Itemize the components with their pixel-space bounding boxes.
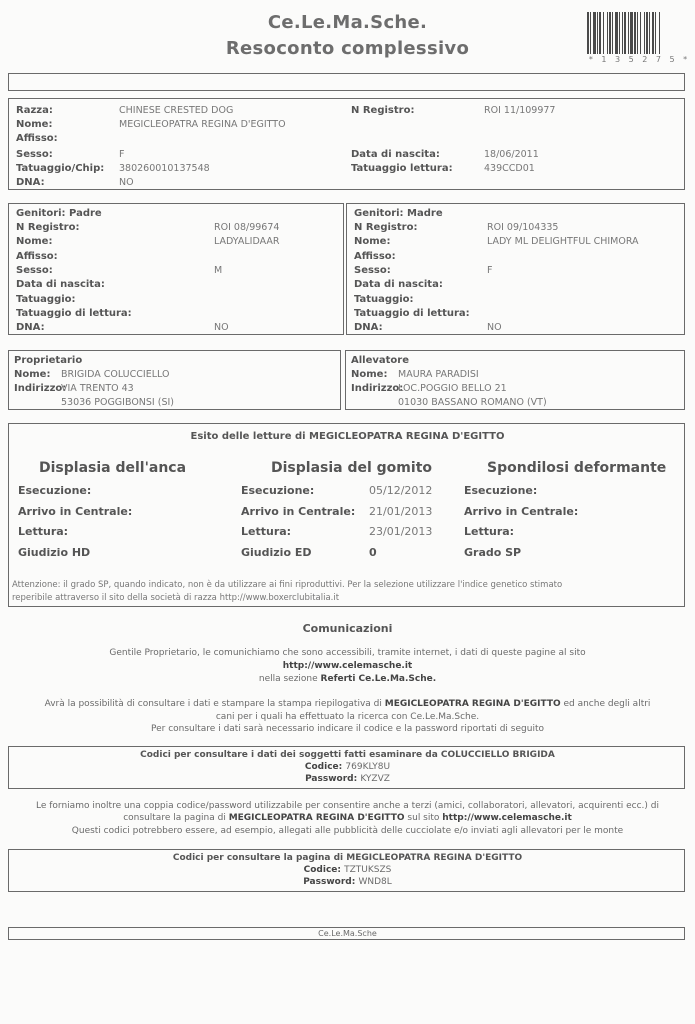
- padre-title: Genitori: Padre: [16, 208, 102, 219]
- lettura-label: Tatuaggio lettura:: [351, 163, 453, 174]
- registro-label: N Registro:: [351, 105, 414, 116]
- registro-value: ROI 11/109977: [484, 105, 555, 116]
- empty-header-box: [8, 73, 685, 91]
- madre-field-label: Affisso:: [354, 251, 396, 262]
- esito-row-label: Esecuzione:: [18, 484, 91, 497]
- codes-dog-box: Codici per consultare la pagina di MEGIC…: [8, 849, 685, 892]
- codes-owner-box: Codici per consultare i dati dei soggett…: [8, 746, 685, 789]
- proprietario-nome-label: Nome:: [14, 369, 50, 380]
- codes-owner-title: Codici per consultare i dati dei soggett…: [9, 750, 686, 760]
- madre-field-value: ROI 09/104335: [487, 222, 558, 233]
- madre-box: Genitori: Madre N Registro:ROI 09/104335…: [346, 203, 685, 335]
- password2-label: Password:: [303, 877, 358, 887]
- comunicazioni-title: Comunicazioni: [0, 622, 695, 635]
- madre-field-label: Sesso:: [354, 265, 391, 276]
- p3-dog-name: MEGICLEOPATRA REGINA D'EGITTO: [229, 813, 405, 823]
- esito-row-value: 05/12/2012: [369, 484, 432, 497]
- esito-box: Esito delle letture di MEGICLEOPATRA REG…: [8, 423, 685, 607]
- password-value: KYZVZ: [360, 774, 390, 784]
- madre-field-label: Nome:: [354, 236, 390, 247]
- nome-value: MEGICLEOPATRA REGINA D'EGITTO: [119, 119, 286, 130]
- esito-heading: Displasia del gomito: [271, 460, 432, 476]
- padre-field-label: DNA:: [16, 322, 45, 333]
- allevatore-title: Allevatore: [351, 355, 409, 366]
- esito-row-label: Giudizio HD: [18, 546, 90, 559]
- madre-field-label: N Registro:: [354, 222, 417, 233]
- p2-pre: Avrà la possibilità di consultare i dati…: [45, 699, 385, 709]
- nascita-label: Data di nascita:: [351, 149, 440, 160]
- madre-field-value: LADY ML DELIGHTFUL CHIMORA: [487, 236, 639, 247]
- madre-field-label: DNA:: [354, 322, 383, 333]
- padre-field-label: Affisso:: [16, 251, 58, 262]
- section-pre: nella sezione: [259, 674, 321, 684]
- madre-field-label: Data di nascita:: [354, 279, 443, 290]
- codes-dog-title-name: MEGICLEOPATRA REGINA D'EGITTO: [346, 853, 522, 863]
- allevatore-box: Allevatore Nome: MAURA PARADISI Indirizz…: [345, 350, 685, 410]
- esito-row-label: Giudizio ED: [241, 546, 311, 559]
- padre-box: Genitori: Padre N Registro:ROI 08/99674N…: [8, 203, 344, 335]
- barcode-icon: [587, 12, 692, 54]
- esito-heading: Spondilosi deformante: [487, 460, 666, 476]
- esito-row-label: Lettura:: [241, 525, 291, 538]
- padre-field-label: Nome:: [16, 236, 52, 247]
- madre-field-value: F: [487, 265, 492, 276]
- esito-row-value: 23/01/2013: [369, 525, 432, 538]
- proprietario-indirizzo-label: Indirizzo:: [14, 383, 66, 394]
- esito-row-label: Esecuzione:: [241, 484, 314, 497]
- allevatore-indirizzo-label: Indirizzo:: [351, 383, 403, 394]
- footer-text: Ce.Le.Ma.Sche: [9, 929, 686, 938]
- padre-field-label: Data di nascita:: [16, 279, 105, 290]
- esito-row-label: Lettura:: [18, 525, 68, 538]
- esito-row-value: 0: [369, 546, 377, 559]
- p2-line3: Per consultare i dati sarà necessario in…: [0, 724, 695, 734]
- sesso-value: F: [119, 149, 124, 160]
- padre-field-label: N Registro:: [16, 222, 79, 233]
- affisso-label: Affisso:: [16, 133, 58, 144]
- barcode-number: * 1 3 5 2 7 5 *: [587, 55, 692, 64]
- codice2-value: TZTUKSZS: [344, 865, 391, 875]
- proprietario-indirizzo2: 53036 POGGIBONSI (SI): [61, 397, 174, 408]
- esito-heading: Displasia dell'anca: [39, 460, 186, 476]
- codice2-label: Codice:: [304, 865, 345, 875]
- madre-field-label: Tatuaggio di lettura:: [354, 308, 470, 319]
- esito-row-label: Arrivo in Centrale:: [464, 505, 578, 518]
- madre-field-value: NO: [487, 322, 502, 333]
- codes-dog-title-pre: Codici per consultare la pagina di: [173, 853, 346, 863]
- p2-line2: cani per i quali ha effettuato la ricerc…: [0, 712, 695, 722]
- codice-value: 769KLY8U: [345, 762, 390, 772]
- section-name: Referti Ce.Le.Ma.Sche.: [321, 674, 437, 684]
- nome-label: Nome:: [16, 119, 52, 130]
- razza-value: CHINESE CRESTED DOG: [119, 105, 233, 116]
- allevatore-nome-label: Nome:: [351, 369, 387, 380]
- p3-mid: sul sito: [405, 813, 443, 823]
- esito-row-label: Arrivo in Centrale:: [18, 505, 132, 518]
- proprietario-title: Proprietario: [14, 355, 82, 366]
- madre-field-label: Tatuaggio:: [354, 294, 414, 305]
- allevatore-nome: MAURA PARADISI: [398, 369, 479, 380]
- proprietario-indirizzo1: VIA TRENTO 43: [61, 383, 134, 394]
- esito-note-1: Attenzione: il grado SP, quando indicato…: [12, 580, 562, 590]
- padre-field-value: ROI 08/99674: [214, 222, 279, 233]
- padre-field-label: Tatuaggio di lettura:: [16, 308, 132, 319]
- padre-field-label: Sesso:: [16, 265, 53, 276]
- codice-label: Codice:: [305, 762, 346, 772]
- proprietario-nome: BRIGIDA COLUCCIELLO: [61, 369, 169, 380]
- footer-box: Ce.Le.Ma.Sche: [8, 927, 685, 940]
- p3-pre: consultare la pagina di: [123, 813, 228, 823]
- p2-post: ed anche degli altri: [561, 699, 651, 709]
- allevatore-indirizzo1: LOC.POGGIO BELLO 21: [398, 383, 507, 394]
- allevatore-indirizzo2: 01030 BASSANO ROMANO (VT): [398, 397, 547, 408]
- proprietario-box: Proprietario Nome: BRIGIDA COLUCCIELLO I…: [8, 350, 341, 410]
- tatuaggio-value: 380260010137548: [119, 163, 210, 174]
- padre-field-value: M: [214, 265, 222, 276]
- password-label: Password:: [305, 774, 360, 784]
- p3-url[interactable]: http://www.celemasche.it: [442, 813, 572, 823]
- esito-row-label: Esecuzione:: [464, 484, 537, 497]
- p3-line3: Questi codici potrebbero essere, ad esem…: [0, 826, 695, 836]
- esito-row-label: Lettura:: [464, 525, 514, 538]
- dog-info-box: Razza: CHINESE CRESTED DOG Nome: MEGICLE…: [8, 98, 685, 190]
- esito-note-2: reperibile attraverso il sito della soci…: [12, 593, 339, 603]
- padre-field-value: LADYALIDAAR: [214, 236, 279, 247]
- celemasche-link[interactable]: http://www.celemasche.it: [283, 661, 413, 671]
- madre-title: Genitori: Madre: [354, 208, 443, 219]
- padre-field-label: Tatuaggio:: [16, 294, 76, 305]
- tatuaggio-label: Tatuaggio/Chip:: [16, 163, 104, 174]
- esito-row-label: Arrivo in Centrale:: [241, 505, 355, 518]
- lettura-value: 439CCD01: [484, 163, 535, 174]
- esito-title: Esito delle letture di MEGICLEOPATRA REG…: [9, 431, 686, 442]
- password2-value: WND8L: [358, 877, 391, 887]
- p2-dog-name: MEGICLEOPATRA REGINA D'EGITTO: [385, 699, 561, 709]
- dna-value: NO: [119, 177, 134, 188]
- esito-row-value: 21/01/2013: [369, 505, 432, 518]
- nascita-value: 18/06/2011: [484, 149, 539, 160]
- comunicazioni-p1: Gentile Proprietario, le comunichiamo ch…: [0, 648, 695, 658]
- p3-line1: Le forniamo inoltre una coppia codice/pa…: [0, 801, 695, 811]
- padre-field-value: NO: [214, 322, 229, 333]
- dna-label: DNA:: [16, 177, 45, 188]
- sesso-label: Sesso:: [16, 149, 53, 160]
- esito-row-label: Grado SP: [464, 546, 521, 559]
- razza-label: Razza:: [16, 105, 53, 116]
